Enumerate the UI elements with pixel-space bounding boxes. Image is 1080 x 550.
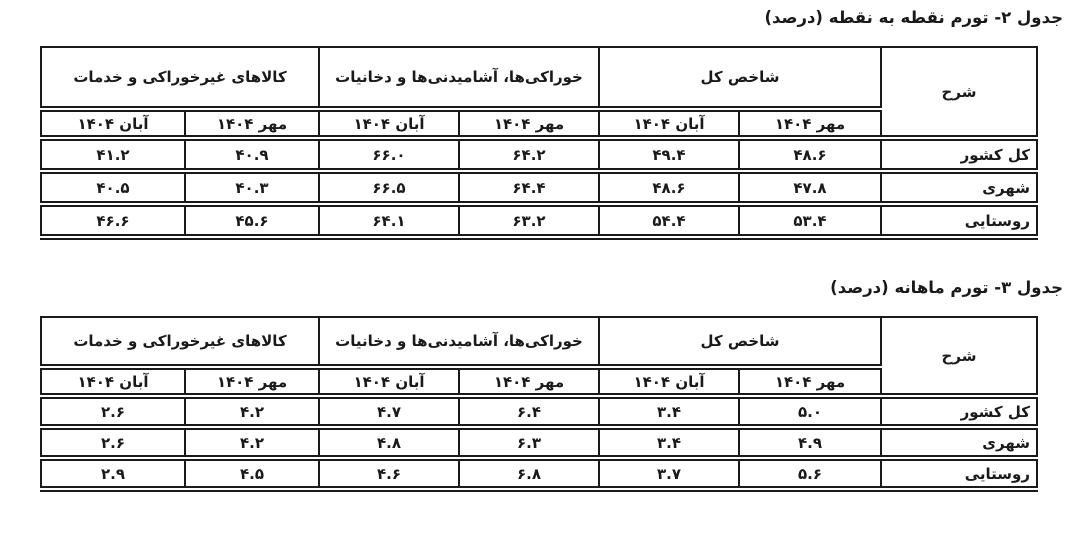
value-cell: ۶۴.۱: [319, 204, 459, 237]
month-header-mehr: مهر ۱۴۰۴: [459, 367, 599, 396]
group-header-food-beverages-tobacco: خوراکی‌ها، آشامیدنی‌ها و دخانیات: [319, 317, 599, 367]
table3-monthly-inflation: شرح شاخص کل خوراکی‌ها، آشامیدنی‌ها و دخا…: [40, 316, 1038, 492]
month-header-mehr: مهر ۱۴۰۴: [739, 109, 881, 138]
month-header-aban: آبان ۱۴۰۴: [319, 109, 459, 138]
row-label-cell: روستایی: [881, 458, 1037, 489]
value-cell: ۴.۵: [185, 458, 319, 489]
table3-row-whole-country: کل کشور ۵.۰ ۳.۴ ۶.۴ ۴.۷ ۴.۲ ۲.۶: [41, 396, 1037, 427]
table2-row-rural: روستایی ۵۳.۴ ۵۴.۴ ۶۳.۲ ۶۴.۱ ۴۵.۶ ۴۶.۶: [41, 204, 1037, 237]
value-cell: ۴.۶: [319, 458, 459, 489]
group-header-nonfood-services: کالاهای غیرخوراکی و خدمات: [41, 317, 319, 367]
value-cell: ۴۰.۵: [41, 171, 185, 204]
value-cell: ۵.۰: [739, 396, 881, 427]
value-cell: ۲.۹: [41, 458, 185, 489]
value-cell: ۴۰.۹: [185, 138, 319, 171]
value-cell: ۴.۲: [185, 396, 319, 427]
group-header-total-index: شاخص کل: [599, 317, 881, 367]
month-header-mehr: مهر ۱۴۰۴: [185, 367, 319, 396]
value-cell: ۵۳.۴: [739, 204, 881, 237]
value-cell: ۳.۷: [599, 458, 739, 489]
value-cell: ۴۷.۸: [739, 171, 881, 204]
table2-point-to-point-inflation: شرح شاخص کل خوراکی‌ها، آشامیدنی‌ها و دخا…: [40, 46, 1038, 240]
row-label-cell: شهری: [881, 427, 1037, 458]
value-cell: ۳.۴: [599, 396, 739, 427]
value-cell: ۶.۸: [459, 458, 599, 489]
value-cell: ۶۳.۲: [459, 204, 599, 237]
month-header-aban: آبان ۱۴۰۴: [319, 367, 459, 396]
value-cell: ۴۵.۶: [185, 204, 319, 237]
value-cell: ۶۴.۴: [459, 171, 599, 204]
row-label-cell: کل کشور: [881, 138, 1037, 171]
value-cell: ۴۱.۲: [41, 138, 185, 171]
value-cell: ۴۶.۶: [41, 204, 185, 237]
table2-row-urban: شهری ۴۷.۸ ۴۸.۶ ۶۴.۴ ۶۶.۵ ۴۰.۳ ۴۰.۵: [41, 171, 1037, 204]
value-cell: ۴.۲: [185, 427, 319, 458]
month-header-aban: آبان ۱۴۰۴: [599, 367, 739, 396]
value-cell: ۴۹.۴: [599, 138, 739, 171]
table2-row-whole-country: کل کشور ۴۸.۶ ۴۹.۴ ۶۴.۲ ۶۶.۰ ۴۰.۹ ۴۱.۲: [41, 138, 1037, 171]
value-cell: ۴.۹: [739, 427, 881, 458]
group-header-nonfood-services: کالاهای غیرخوراکی و خدمات: [41, 47, 319, 109]
value-cell: ۶۶.۰: [319, 138, 459, 171]
value-cell: ۶۶.۵: [319, 171, 459, 204]
value-cell: ۶.۳: [459, 427, 599, 458]
value-cell: ۶۴.۲: [459, 138, 599, 171]
table2-group-header-row: شرح شاخص کل خوراکی‌ها، آشامیدنی‌ها و دخا…: [41, 47, 1037, 109]
group-header-total-index: شاخص کل: [599, 47, 881, 109]
month-header-mehr: مهر ۱۴۰۴: [459, 109, 599, 138]
desc-header-cell: شرح: [881, 317, 1037, 396]
value-cell: ۵.۶: [739, 458, 881, 489]
group-header-food-beverages-tobacco: خوراکی‌ها، آشامیدنی‌ها و دخانیات: [319, 47, 599, 109]
table3-row-rural: روستایی ۵.۶ ۳.۷ ۶.۸ ۴.۶ ۴.۵ ۲.۹: [41, 458, 1037, 489]
row-label-cell: شهری: [881, 171, 1037, 204]
value-cell: ۶.۴: [459, 396, 599, 427]
value-cell: ۵۴.۴: [599, 204, 739, 237]
value-cell: ۴۸.۶: [739, 138, 881, 171]
month-header-mehr: مهر ۱۴۰۴: [185, 109, 319, 138]
document-page: جدول ۲- تورم نقطه به نقطه (درصد) شرح شاخ…: [0, 0, 1080, 550]
month-header-aban: آبان ۱۴۰۴: [41, 109, 185, 138]
table3-group-header-row: شرح شاخص کل خوراکی‌ها، آشامیدنی‌ها و دخا…: [41, 317, 1037, 367]
table3-row-urban: شهری ۴.۹ ۳.۴ ۶.۳ ۴.۸ ۴.۲ ۲.۶: [41, 427, 1037, 458]
value-cell: ۴۸.۶: [599, 171, 739, 204]
table3-title: جدول ۳- تورم ماهانه (درصد): [830, 278, 1063, 297]
desc-header-cell: شرح: [881, 47, 1037, 138]
table2-title: جدول ۲- تورم نقطه به نقطه (درصد): [764, 8, 1063, 27]
value-cell: ۴۰.۳: [185, 171, 319, 204]
value-cell: ۲.۶: [41, 396, 185, 427]
value-cell: ۴.۷: [319, 396, 459, 427]
row-label-cell: روستایی: [881, 204, 1037, 237]
value-cell: ۴.۸: [319, 427, 459, 458]
value-cell: ۳.۴: [599, 427, 739, 458]
month-header-aban: آبان ۱۴۰۴: [599, 109, 739, 138]
value-cell: ۲.۶: [41, 427, 185, 458]
month-header-aban: آبان ۱۴۰۴: [41, 367, 185, 396]
month-header-mehr: مهر ۱۴۰۴: [739, 367, 881, 396]
row-label-cell: کل کشور: [881, 396, 1037, 427]
